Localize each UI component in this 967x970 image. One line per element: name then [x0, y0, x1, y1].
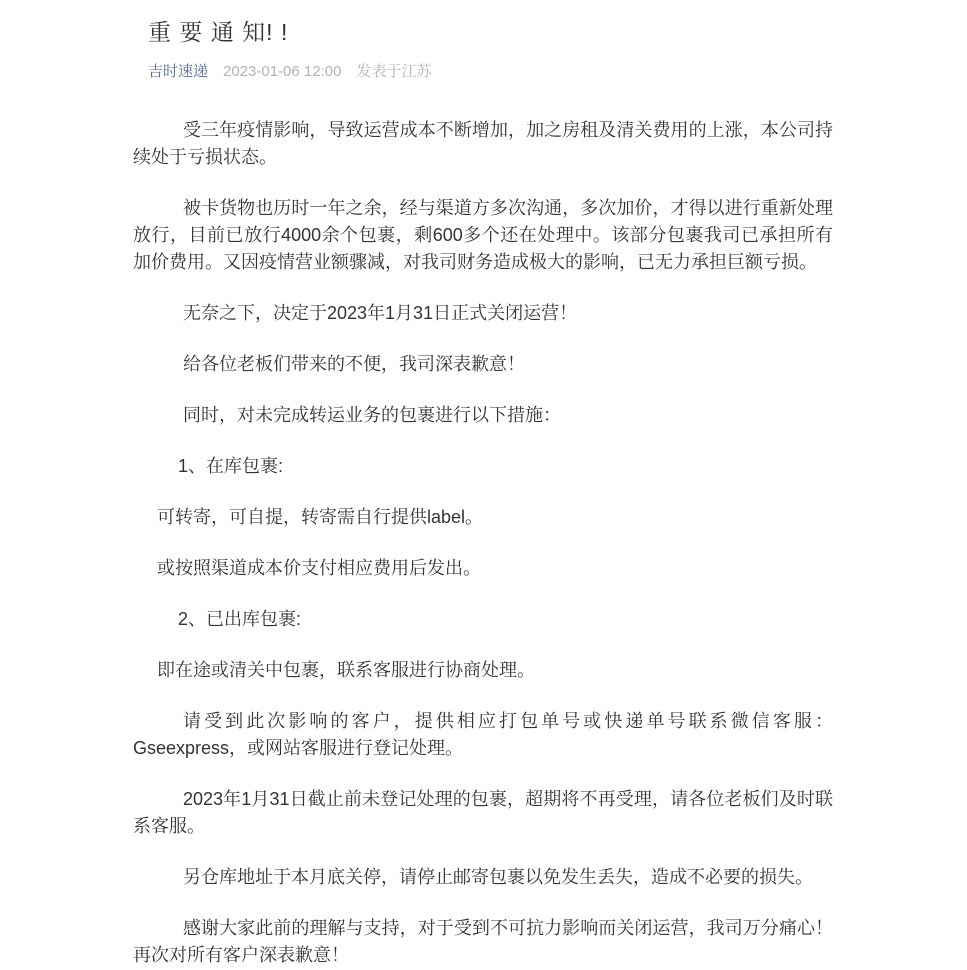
account-name-link[interactable]: 吉时速递 — [148, 61, 208, 82]
article-paragraph: 被卡货物也历时一年之余，经与渠道方多次沟通，多次加价，才得以进行重新处理放行，目… — [133, 195, 833, 276]
article-paragraph: 可转寄，可自提，转寄需自行提供label。 — [133, 504, 833, 531]
article-paragraph: 2、已出库包裹: — [133, 606, 833, 633]
article-paragraph: 1、在库包裹: — [133, 453, 833, 480]
article-paragraph: 另仓库地址于本月底关停，请停止邮寄包裹以免发生丢失，造成不必要的损失。 — [133, 864, 833, 891]
byline: 吉时速递 2023-01-06 12:00 发表于江苏 — [148, 61, 833, 82]
publish-timestamp: 2023-01-06 12:00 — [223, 61, 341, 82]
article-page: 重 要 通 知! ! 吉时速递 2023-01-06 12:00 发表于江苏 受… — [0, 0, 967, 970]
page-title: 重 要 通 知! ! — [148, 16, 833, 48]
article-content: 重 要 通 知! ! 吉时速递 2023-01-06 12:00 发表于江苏 受… — [133, 16, 833, 969]
article-body: 受三年疫情影响，导致运营成本不断增加，加之房租及清关费用的上涨，本公司持续处于亏… — [133, 117, 833, 969]
article-paragraph: 即在途或清关中包裹，联系客服进行协商处理。 — [133, 657, 833, 684]
article-paragraph: 受三年疫情影响，导致运营成本不断增加，加之房租及清关费用的上涨，本公司持续处于亏… — [133, 117, 833, 171]
article-paragraph: 给各位老板们带来的不便，我司深表歉意！ — [133, 351, 833, 378]
article-paragraph: 同时，对未完成转运业务的包裹进行以下措施： — [133, 402, 833, 429]
article-paragraph: 感谢大家此前的理解与支持，对于受到不可抗力影响而关闭运营，我司万分痛心！再次对所… — [133, 915, 833, 969]
article-paragraph: 请受到此次影响的客户，提供相应打包单号或快递单号联系微信客服：Gseexpres… — [133, 708, 833, 762]
article-paragraph: 无奈之下，决定于2023年1月31日正式关闭运营！ — [133, 300, 833, 327]
publish-location: 发表于江苏 — [356, 61, 431, 82]
article-paragraph: 2023年1月31日截止前未登记处理的包裹，超期将不再受理，请各位老板们及时联系… — [133, 786, 833, 840]
article-paragraph: 或按照渠道成本价支付相应费用后发出。 — [133, 555, 833, 582]
